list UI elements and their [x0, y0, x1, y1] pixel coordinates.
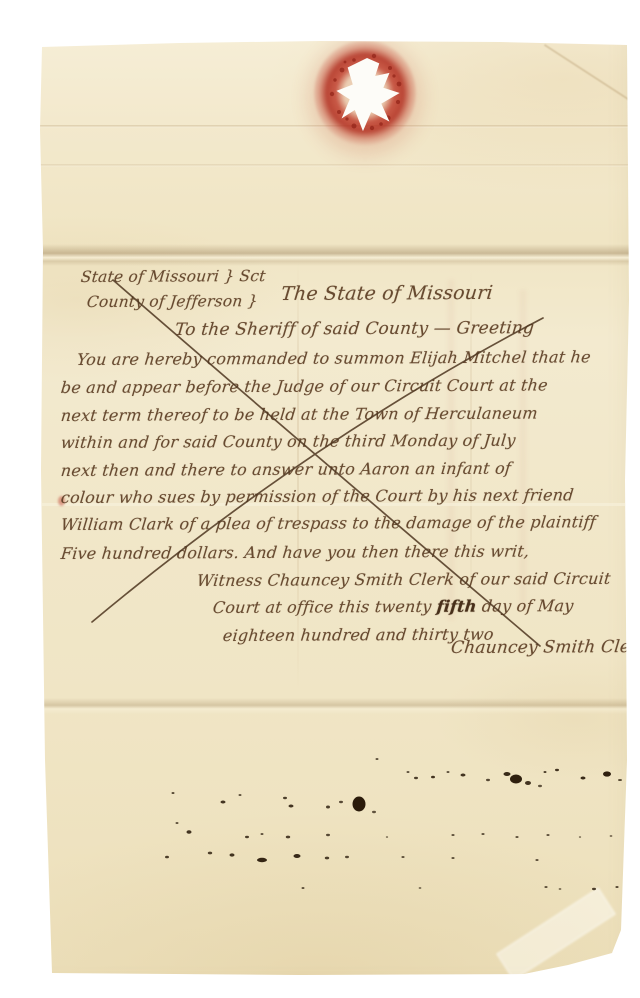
caption-state: State of Missouri } Sct	[80, 267, 267, 286]
body-line: be and appear before the Judge of our Ci…	[60, 375, 549, 397]
attestation-line: Court at office this twenty fifth day of…	[212, 596, 574, 617]
caption-county: County of Jefferson }	[86, 292, 259, 311]
writ-title: The State of Missouri	[280, 282, 494, 305]
repair-tape-patch	[496, 887, 616, 980]
scanned-document-page: { "colors": { "paper": "#f2e8cc", "ink":…	[0, 0, 640, 998]
fold-crease-upper	[40, 164, 630, 167]
body-line: next term thereof to be held at the Town…	[60, 404, 539, 425]
clerk-signature: Chauncey Smith Clerk	[450, 637, 640, 658]
overwritten-word: fifth	[436, 597, 478, 616]
body-line: within and for said County on the third …	[60, 431, 517, 452]
fold-crease-lower	[40, 698, 630, 714]
body-line: next then and there to answer unto Aaron…	[60, 459, 512, 480]
attestation-text: Court at office this twenty	[212, 597, 438, 617]
fold-crease-main	[40, 244, 630, 266]
body-line: Five hundred dollars. And have you then …	[60, 542, 530, 563]
attestation-line: Witness Chauncey Smith Clerk of our said…	[196, 569, 612, 590]
corner-crease	[544, 44, 637, 106]
wax-seal	[314, 40, 416, 146]
salutation-line: To the Sheriff of said County — Greeting	[174, 318, 535, 340]
attestation-text: day of May	[476, 596, 575, 616]
body-line: colour who sues by permission of the Cou…	[60, 485, 575, 507]
body-line: You are hereby commanded to summon Elija…	[76, 347, 592, 369]
paper-sheet: State of Missouri } Sct County of Jeffer…	[0, 0, 640, 998]
body-line: William Clark of a plea of trespass to t…	[60, 512, 597, 534]
